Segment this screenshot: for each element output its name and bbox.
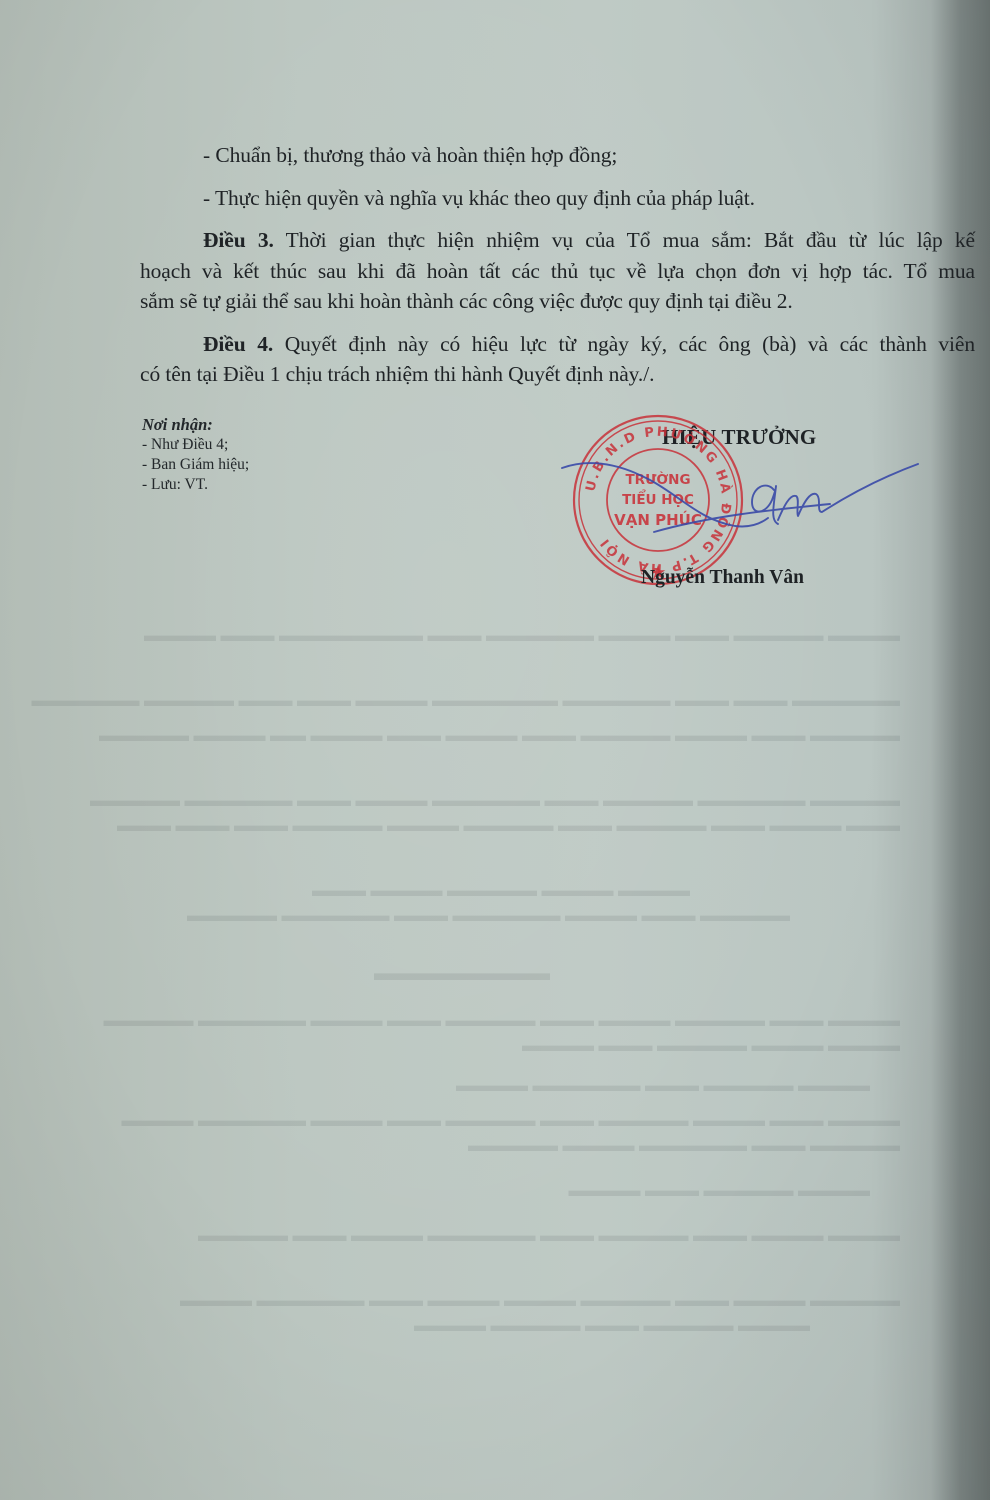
article-3-label: Điều 3. <box>203 228 274 252</box>
signer-name: Nguyễn Thanh Vân <box>641 567 804 589</box>
article-4-text: có tên tại Điều 1 chịu trách nhiệm thi h… <box>140 359 975 390</box>
document-body: - Chuẩn bị, thương thảo và hoàn thiện hợ… <box>140 140 975 390</box>
bullet-item: - Chuẩn bị, thương thảo và hoàn thiện hợ… <box>140 140 975 171</box>
article-3-text: hoạch và kết thúc sau khi đã hoàn tất cá… <box>140 256 975 287</box>
recipient-item: - Như Điều 4; <box>142 435 249 455</box>
article-4: Điều 4. Quyết định này có hiệu lực từ ng… <box>140 329 975 390</box>
article-3-text: Thời gian thực hiện nhiệm vụ của Tổ mua … <box>286 228 975 252</box>
bullet-item: - Thực hiện quyền và nghĩa vụ khác theo … <box>140 183 975 214</box>
recipient-item: - Lưu: VT. <box>142 475 249 495</box>
recipients-block: Nơi nhận: - Như Điều 4; - Ban Giám hiệu;… <box>142 415 249 495</box>
article-4-text: Quyết định này có hiệu lực từ ngày ký, c… <box>285 332 975 356</box>
recipients-heading: Nơi nhận: <box>142 415 249 435</box>
handwritten-signature <box>560 450 930 540</box>
article-4-label: Điều 4. <box>203 332 273 356</box>
recipient-item: - Ban Giám hiệu; <box>142 455 249 475</box>
article-3: Điều 3. Thời gian thực hiện nhiệm vụ của… <box>140 225 975 317</box>
article-3-text: sắm sẽ tự giải thể sau khi hoàn thành cá… <box>140 286 975 317</box>
